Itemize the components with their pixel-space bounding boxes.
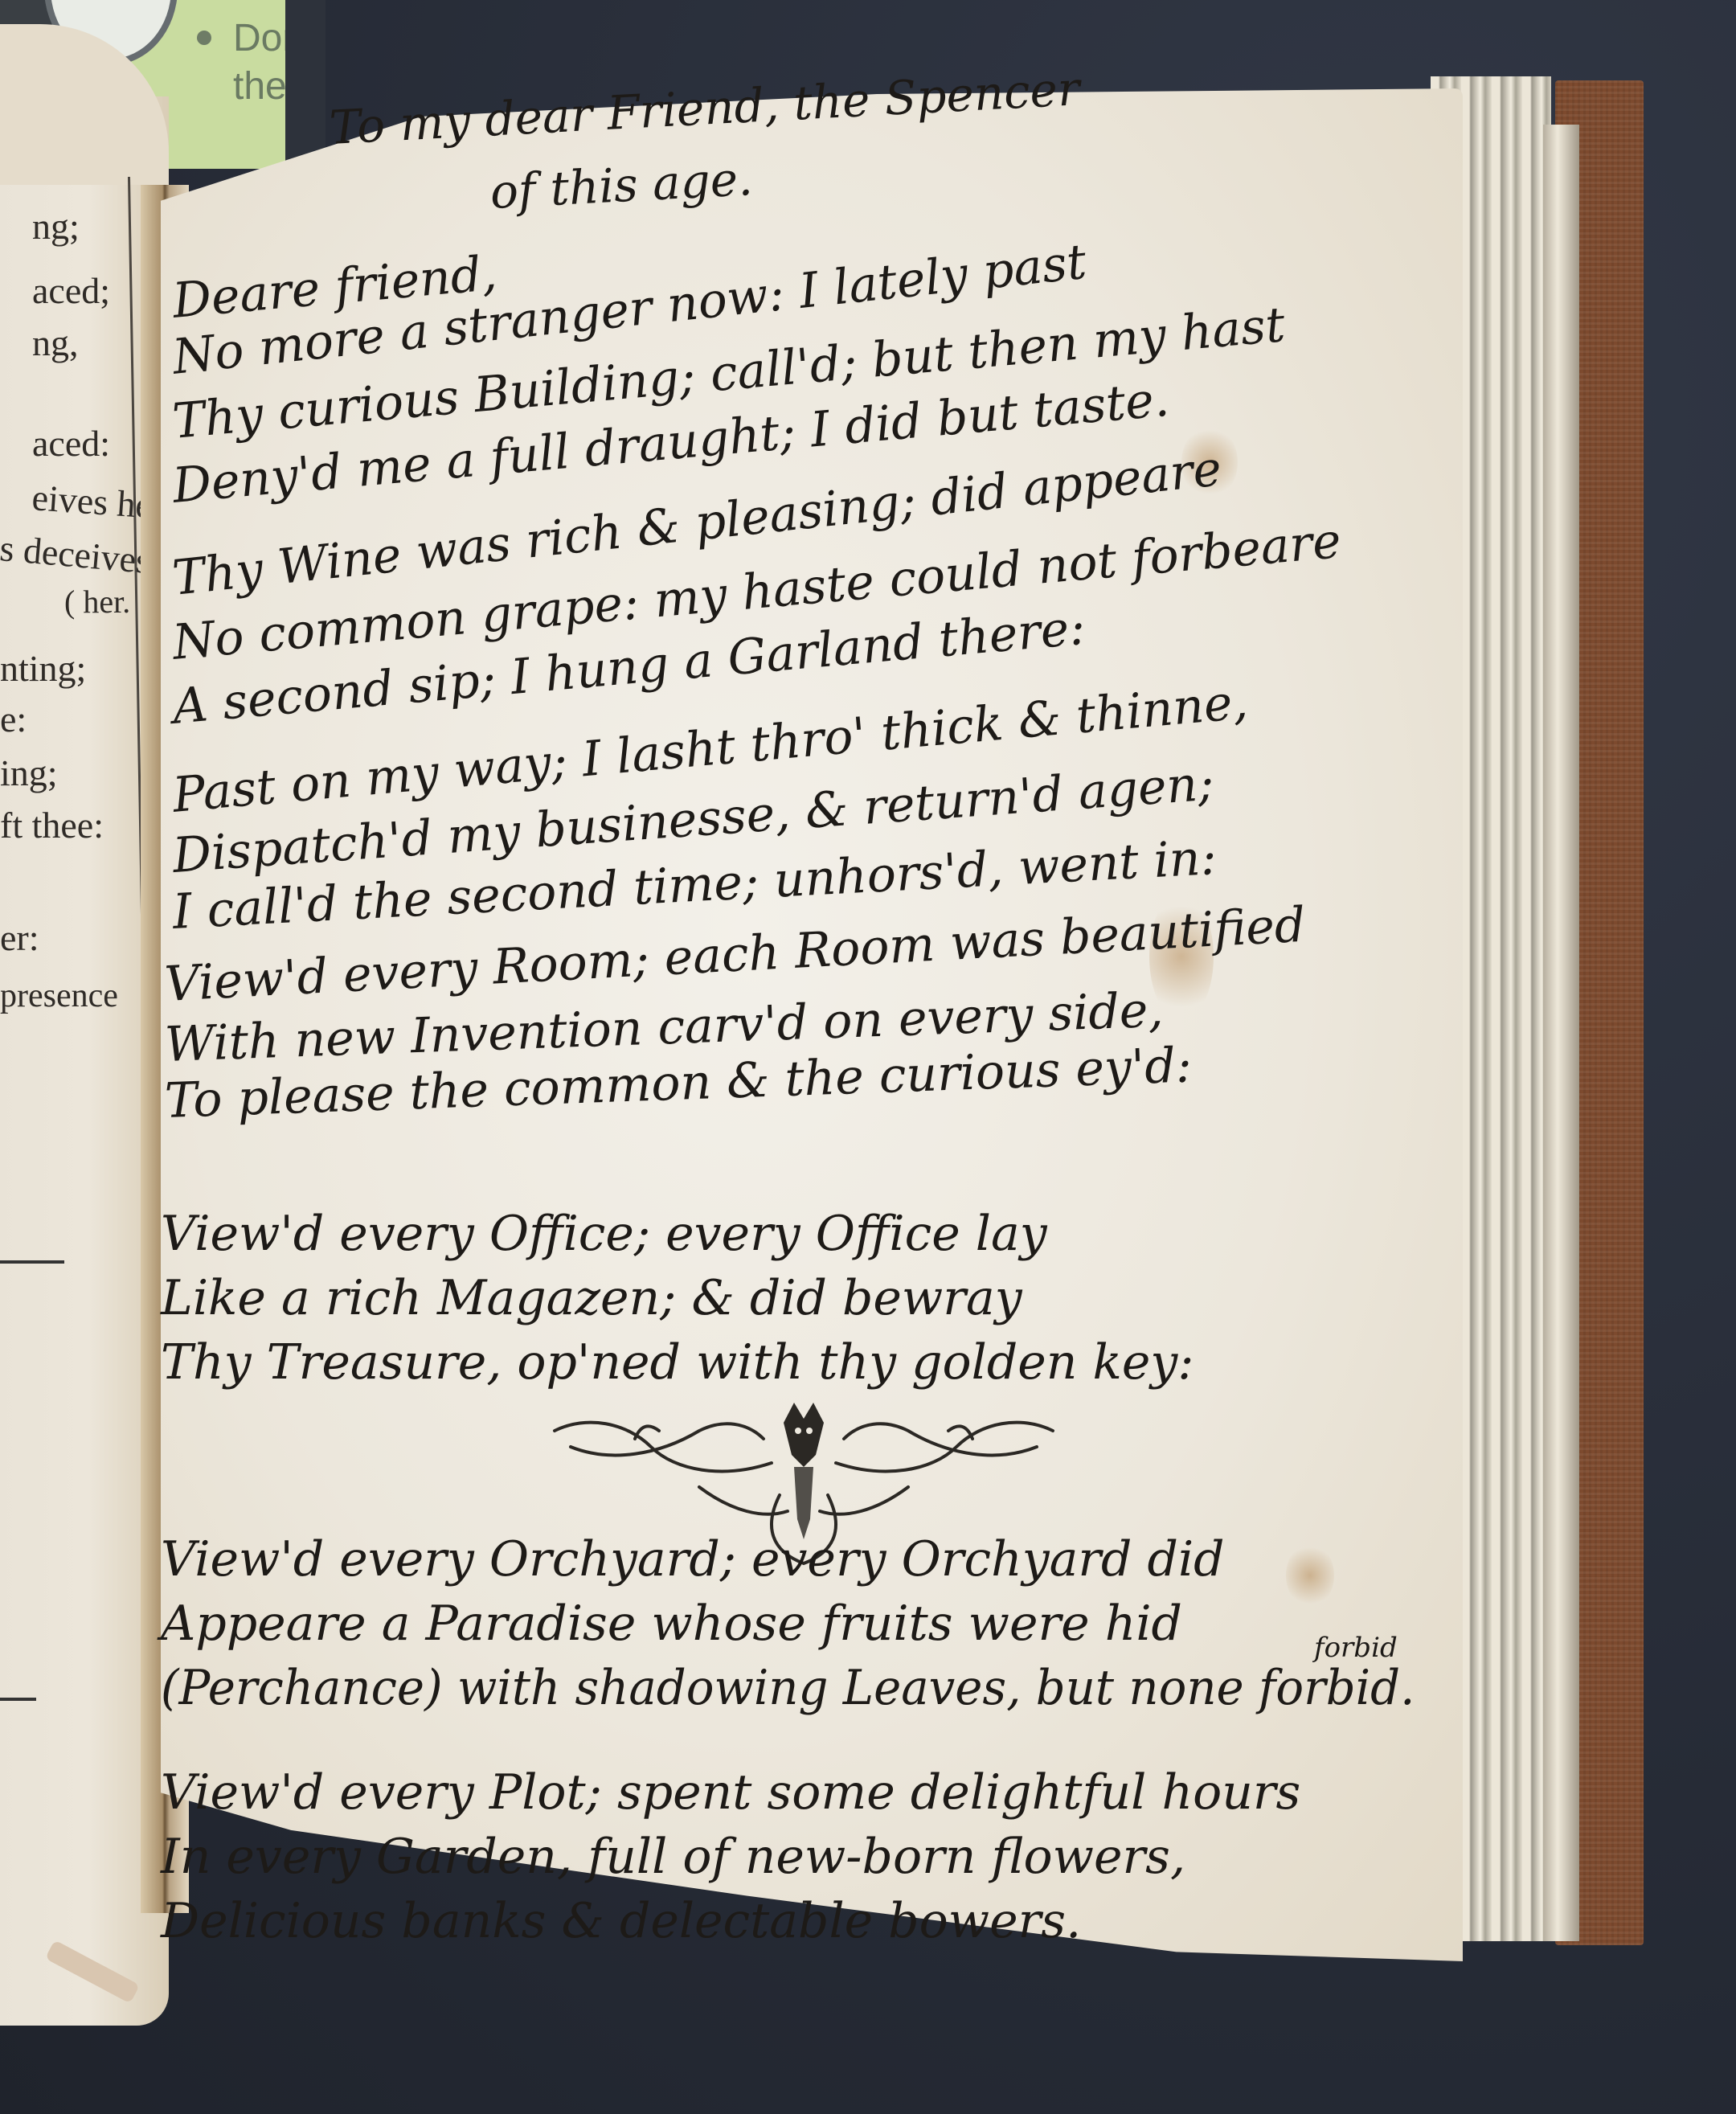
printed-line: ng; xyxy=(32,205,80,248)
printed-line: ft thee: xyxy=(0,804,104,846)
printed-line: ( her. xyxy=(64,583,130,621)
printed-line: ng, xyxy=(32,322,79,364)
manuscript-verse-line: Delicious banks & delectable bowers. xyxy=(161,1893,1081,1949)
page-rule xyxy=(0,1260,64,1264)
card-shadow xyxy=(285,0,325,169)
manuscript-verse-line: In every Garden, full of new-born flower… xyxy=(161,1829,1185,1885)
printed-line: aced; xyxy=(32,269,110,312)
manuscript-verse-line: View'd every Office; every Office lay xyxy=(161,1206,1047,1262)
bullet-icon xyxy=(197,31,211,45)
manuscript-verse-line: Thy Treasure, op'ned with thy golden key… xyxy=(161,1334,1193,1391)
manuscript-verse-line: View'd every Plot; spent some delightful… xyxy=(161,1764,1300,1821)
foxing-stain xyxy=(1286,1543,1334,1608)
printed-line: e: xyxy=(0,698,27,740)
printed-line: er: xyxy=(0,916,39,959)
manuscript-verse-line: Appeare a Paradise whose fruits were hid xyxy=(161,1596,1182,1652)
printed-line: nting; xyxy=(0,647,86,690)
manuscript-verse-line: (Perchance) with shadowing Leaves, but n… xyxy=(161,1660,1415,1716)
page-rule xyxy=(0,1698,36,1701)
printed-line: aced: xyxy=(32,422,110,465)
fore-edge-pages xyxy=(1543,125,1579,1941)
printed-line: ing; xyxy=(0,752,58,794)
manuscript-verse-line: Like a rich Magazen; & did bewray xyxy=(161,1270,1022,1326)
printed-line: presence xyxy=(0,977,118,1015)
interlinear-insertion: forbid xyxy=(1314,1632,1398,1664)
manuscript-verse-line: View'd every Orchyard; every Orchyard di… xyxy=(161,1531,1225,1588)
